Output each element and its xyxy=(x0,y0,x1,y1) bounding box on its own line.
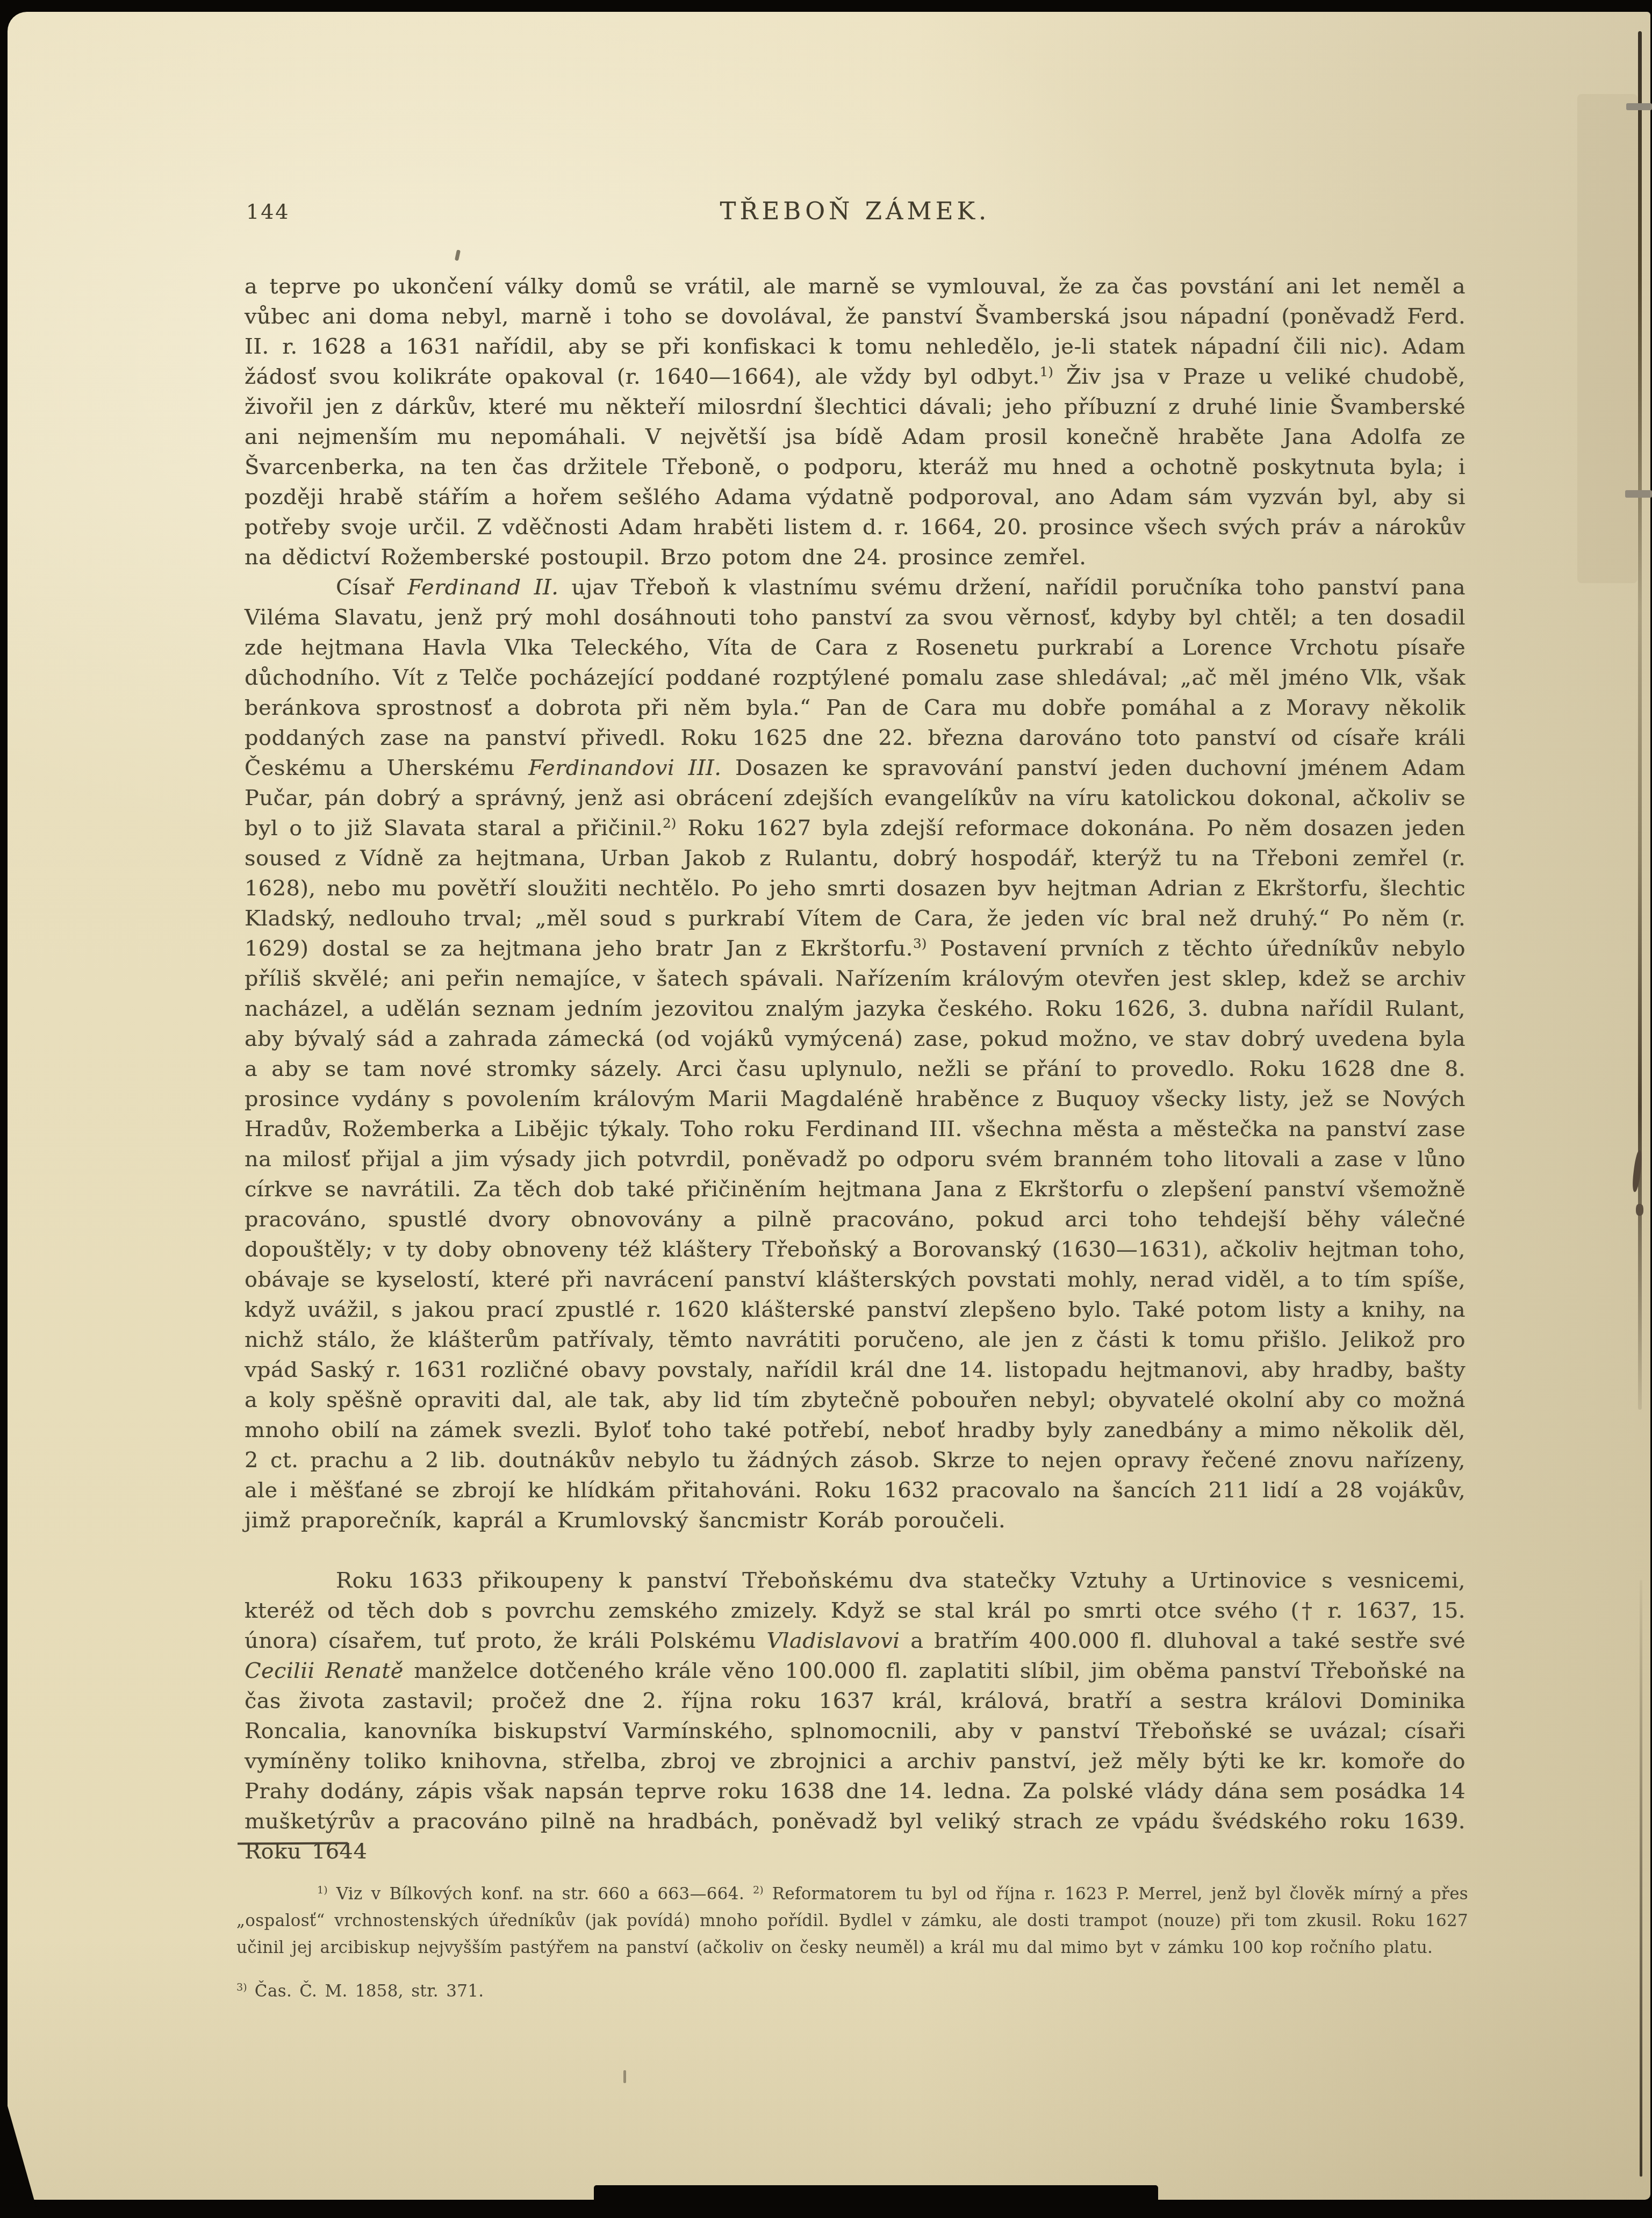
margin-ink-mark xyxy=(1636,1204,1643,1216)
footnote-3: 3) Čas. Č. M. 1858, str. 371. xyxy=(236,1978,1468,2005)
footnote-3-text: Čas. Č. M. 1858, str. 371. xyxy=(247,1982,484,2001)
footnote-1-2: 1) Viz v Bílkových konf. na str. 660 a 6… xyxy=(236,1880,1468,1961)
paragraph-1633: Roku 1633 přikoupeny k panství Třeboňské… xyxy=(245,1566,1466,1867)
page-edge-line-lower xyxy=(1640,1580,1642,2177)
paragraph-ferdinand: Císař Ferdinand II. ujav Třeboň k vlastn… xyxy=(245,572,1466,1535)
body-text: a teprve po ukončení války domů se vráti… xyxy=(245,271,1466,1867)
paragraph-1633-text: a bratřím 400.000 fl. dluhoval a také se… xyxy=(900,1628,1466,1653)
paragraph-ferdinand-text: Císař xyxy=(336,575,407,600)
paragraph-ferdinand-text: Postavení prvních z těchto úředníkův neb… xyxy=(245,936,1466,1533)
scanned-book-page: 144 TŘEBOŇ ZÁMEK. a teprve po ukončení v… xyxy=(0,0,1652,2218)
paragraph-continuation: a teprve po ukončení války domů se vráti… xyxy=(245,271,1466,572)
paragraph-continuation-text: Živ jsa v Praze u veliké chudobě, živoři… xyxy=(245,364,1466,570)
paragraph-ferdinand-text: Ferdinand II. xyxy=(407,575,558,600)
stray-ink-speck xyxy=(623,2070,626,2083)
binding-thread-mark xyxy=(1625,490,1652,498)
footnote-1-2-marker: 1) xyxy=(317,1884,328,1896)
scan-edge-shadow xyxy=(594,2185,1158,2201)
page-edge-shadow xyxy=(1577,94,1637,583)
paragraph-ferdinand-text: Ferdinandovi III. xyxy=(528,756,721,780)
footnotes: 1) Viz v Bílkových konf. na str. 660 a 6… xyxy=(236,1864,1468,2021)
footnote-3-marker: 3) xyxy=(236,1981,247,1993)
paragraph-1633-text: Vladislavovi xyxy=(767,1628,900,1653)
paragraph-1633-text: manželce dotčeného krále věno 100.000 fl… xyxy=(245,1659,1466,1864)
paragraph-ferdinand-marker: 2) xyxy=(663,815,676,831)
binding-thread-mark xyxy=(1626,103,1652,110)
footnote-1-2-text: Viz v Bílkových konf. na str. 660 a 663—… xyxy=(328,1884,753,1904)
page-header: TŘEBOŇ ZÁMEK. xyxy=(245,197,1466,225)
paragraph-continuation-marker: 1) xyxy=(1040,364,1053,379)
footnote-1-2-marker: 2) xyxy=(753,1884,764,1896)
paragraph-ferdinand-text: ujav Třeboň k vlastnímu svému držení, na… xyxy=(245,575,1466,780)
paragraph-1633-text: Cecilii Renatě xyxy=(245,1659,404,1683)
page-edge-line-upper xyxy=(1638,31,1642,1410)
paragraph-ferdinand-marker: 3) xyxy=(913,936,926,951)
